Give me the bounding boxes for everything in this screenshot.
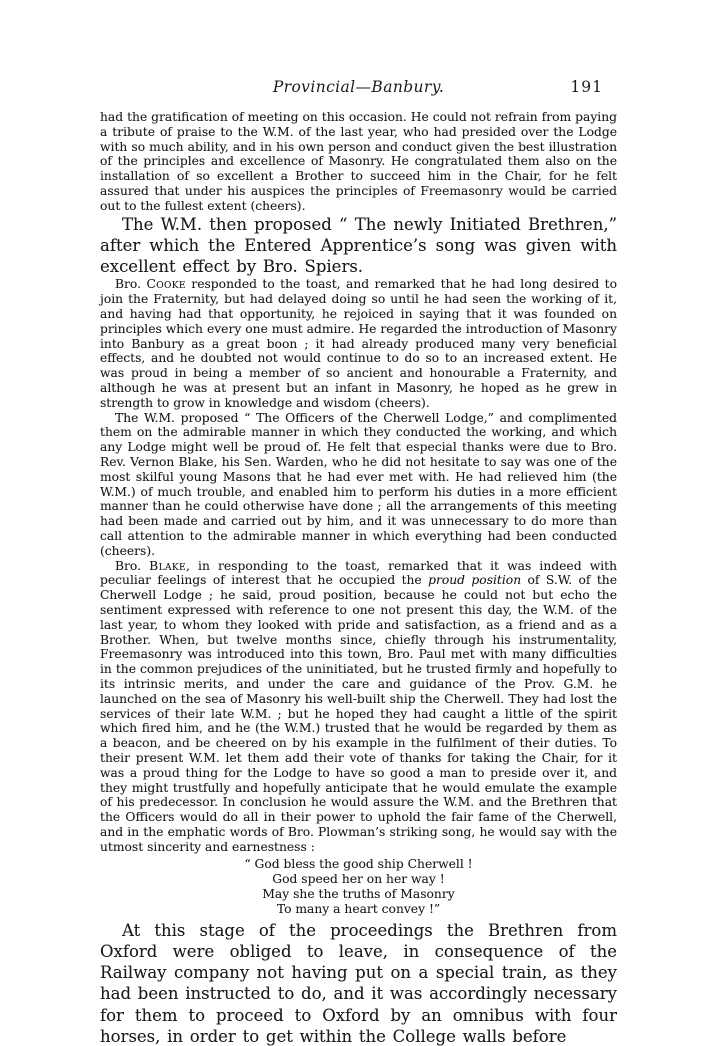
page-header: Provincial—Banbury. 191 bbox=[100, 78, 617, 100]
page-number: 191 bbox=[570, 78, 603, 96]
verse-line: “ God bless the good ship Cherwell ! bbox=[100, 857, 617, 872]
verse-line: May she the truths of Masonry bbox=[100, 887, 617, 902]
paragraph-continuation: had the gratification of meeting on this… bbox=[100, 110, 617, 214]
verse-line: God speed her on her way ! bbox=[100, 872, 617, 887]
document-page: Provincial—Banbury. 191 had the gratific… bbox=[0, 0, 716, 1046]
paragraph-oxford-departure: At this stage of the proceedings the Bre… bbox=[100, 920, 617, 1046]
running-title: Provincial—Banbury. bbox=[100, 78, 617, 96]
paragraph-toast-newly-initiated: The W.M. then proposed “ The newly Initi… bbox=[100, 214, 617, 278]
article-body: had the gratification of meeting on this… bbox=[100, 110, 617, 1046]
verse-line: To many a heart convey !” bbox=[100, 902, 617, 917]
paragraph-blake-response: Bro. Blake, in responding to the toast, … bbox=[100, 559, 617, 855]
paragraph-toast-officers: The W.M. proposed “ The Officers of the … bbox=[100, 411, 617, 559]
paragraph-cooke-response: Bro. Cooke responded to the toast, and r… bbox=[100, 277, 617, 410]
song-verse: “ God bless the good ship Cherwell ! God… bbox=[100, 857, 617, 917]
